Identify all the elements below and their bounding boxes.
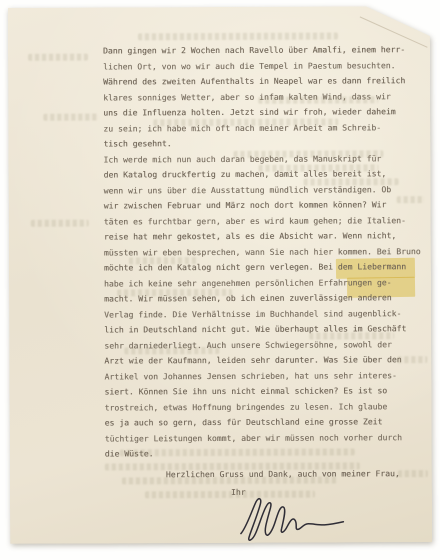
- letter-line: lich in Deutschland nicht gut. Wie überh…: [104, 321, 424, 338]
- bleed-through-mark: [31, 220, 89, 227]
- valediction: Ihr: [231, 487, 246, 497]
- letter-line: tüchtiger Leistungen kommt, aber wir müs…: [105, 430, 425, 447]
- letter-line: Während des zweiten Aufenthalts in Neape…: [103, 73, 423, 90]
- letter-line: den Katalog druckfertig zu machen, damit…: [104, 166, 424, 183]
- closing-line: Herzlichen Gruss und Dank, auch von mein…: [166, 468, 400, 479]
- letter-line: klares sonniges Wetter, aber so infam ka…: [103, 89, 423, 106]
- letter-line: habe ich keine sehr angenehmen persönlic…: [104, 275, 424, 292]
- handwritten-signature: [235, 492, 349, 544]
- letter-line: trostreich, etwas Hoffnung bringendes zu…: [105, 399, 425, 416]
- letter-line: möchte ich den Katalog nicht gern verleg…: [104, 259, 424, 276]
- letter-line: reise hat mehr gekostet, als es die Absi…: [104, 228, 424, 245]
- letter-line: zu sein; ich habe mich oft nach meiner A…: [103, 120, 423, 137]
- letter-body: Dann gingen wir 2 Wochen nach Ravello üb…: [103, 42, 425, 462]
- letter-line: es ja auch so gern, dass für Deutschland…: [105, 414, 425, 431]
- letter-line: uns die Influenza holten. Jetzt sind wir…: [103, 104, 423, 121]
- letter-line: Dann gingen wir 2 Wochen nach Ravello üb…: [103, 42, 423, 59]
- letter-line: die Wüste.: [105, 445, 425, 462]
- letter-line: sehr darniederliegt. Auch unsere Schwieg…: [104, 337, 424, 354]
- letter-line: täten es furchtbar gern, aber es wird ka…: [104, 213, 424, 230]
- letter-line: macht. Wir müssen sehen, ob ich einen zu…: [104, 290, 424, 307]
- bleed-through-mark: [28, 54, 88, 61]
- letter-line: siert. Können Sie ihn uns nicht einmal s…: [104, 383, 424, 400]
- paper-shadow: Dann gingen wir 2 Wochen nach Ravello üb…: [0, 0, 440, 560]
- bleed-through-mark: [138, 32, 338, 40]
- letter-line: wenn wir uns über die Ausstattung mündli…: [104, 182, 424, 199]
- letter-line: lichen Ort, von wo wir auch die Tempel i…: [103, 58, 423, 75]
- letter-line: Verlag finde. Die Verhältnisse im Buchha…: [104, 306, 424, 323]
- letter-line: Arzt wie der Kaufmann, leiden sehr darun…: [104, 352, 424, 369]
- bleed-through-mark: [43, 114, 98, 121]
- letter-photo: Dann gingen wir 2 Wochen nach Ravello üb…: [0, 0, 440, 560]
- letter-line: müssten wir eben besprechen, wann Sie na…: [104, 244, 424, 261]
- letter-line: Artikel von Johannes Jensen schrieben, h…: [104, 368, 424, 385]
- letter-line: tisch gesehnt.: [103, 135, 423, 152]
- letter-line: wir zwischen Februar und März noch dort …: [104, 197, 424, 214]
- letter-paper: Dann gingen wir 2 Wochen nach Ravello üb…: [8, 6, 432, 544]
- bleed-through-mark: [398, 470, 428, 477]
- letter-line: Ich werde mich nun auch daran begeben, d…: [103, 151, 423, 168]
